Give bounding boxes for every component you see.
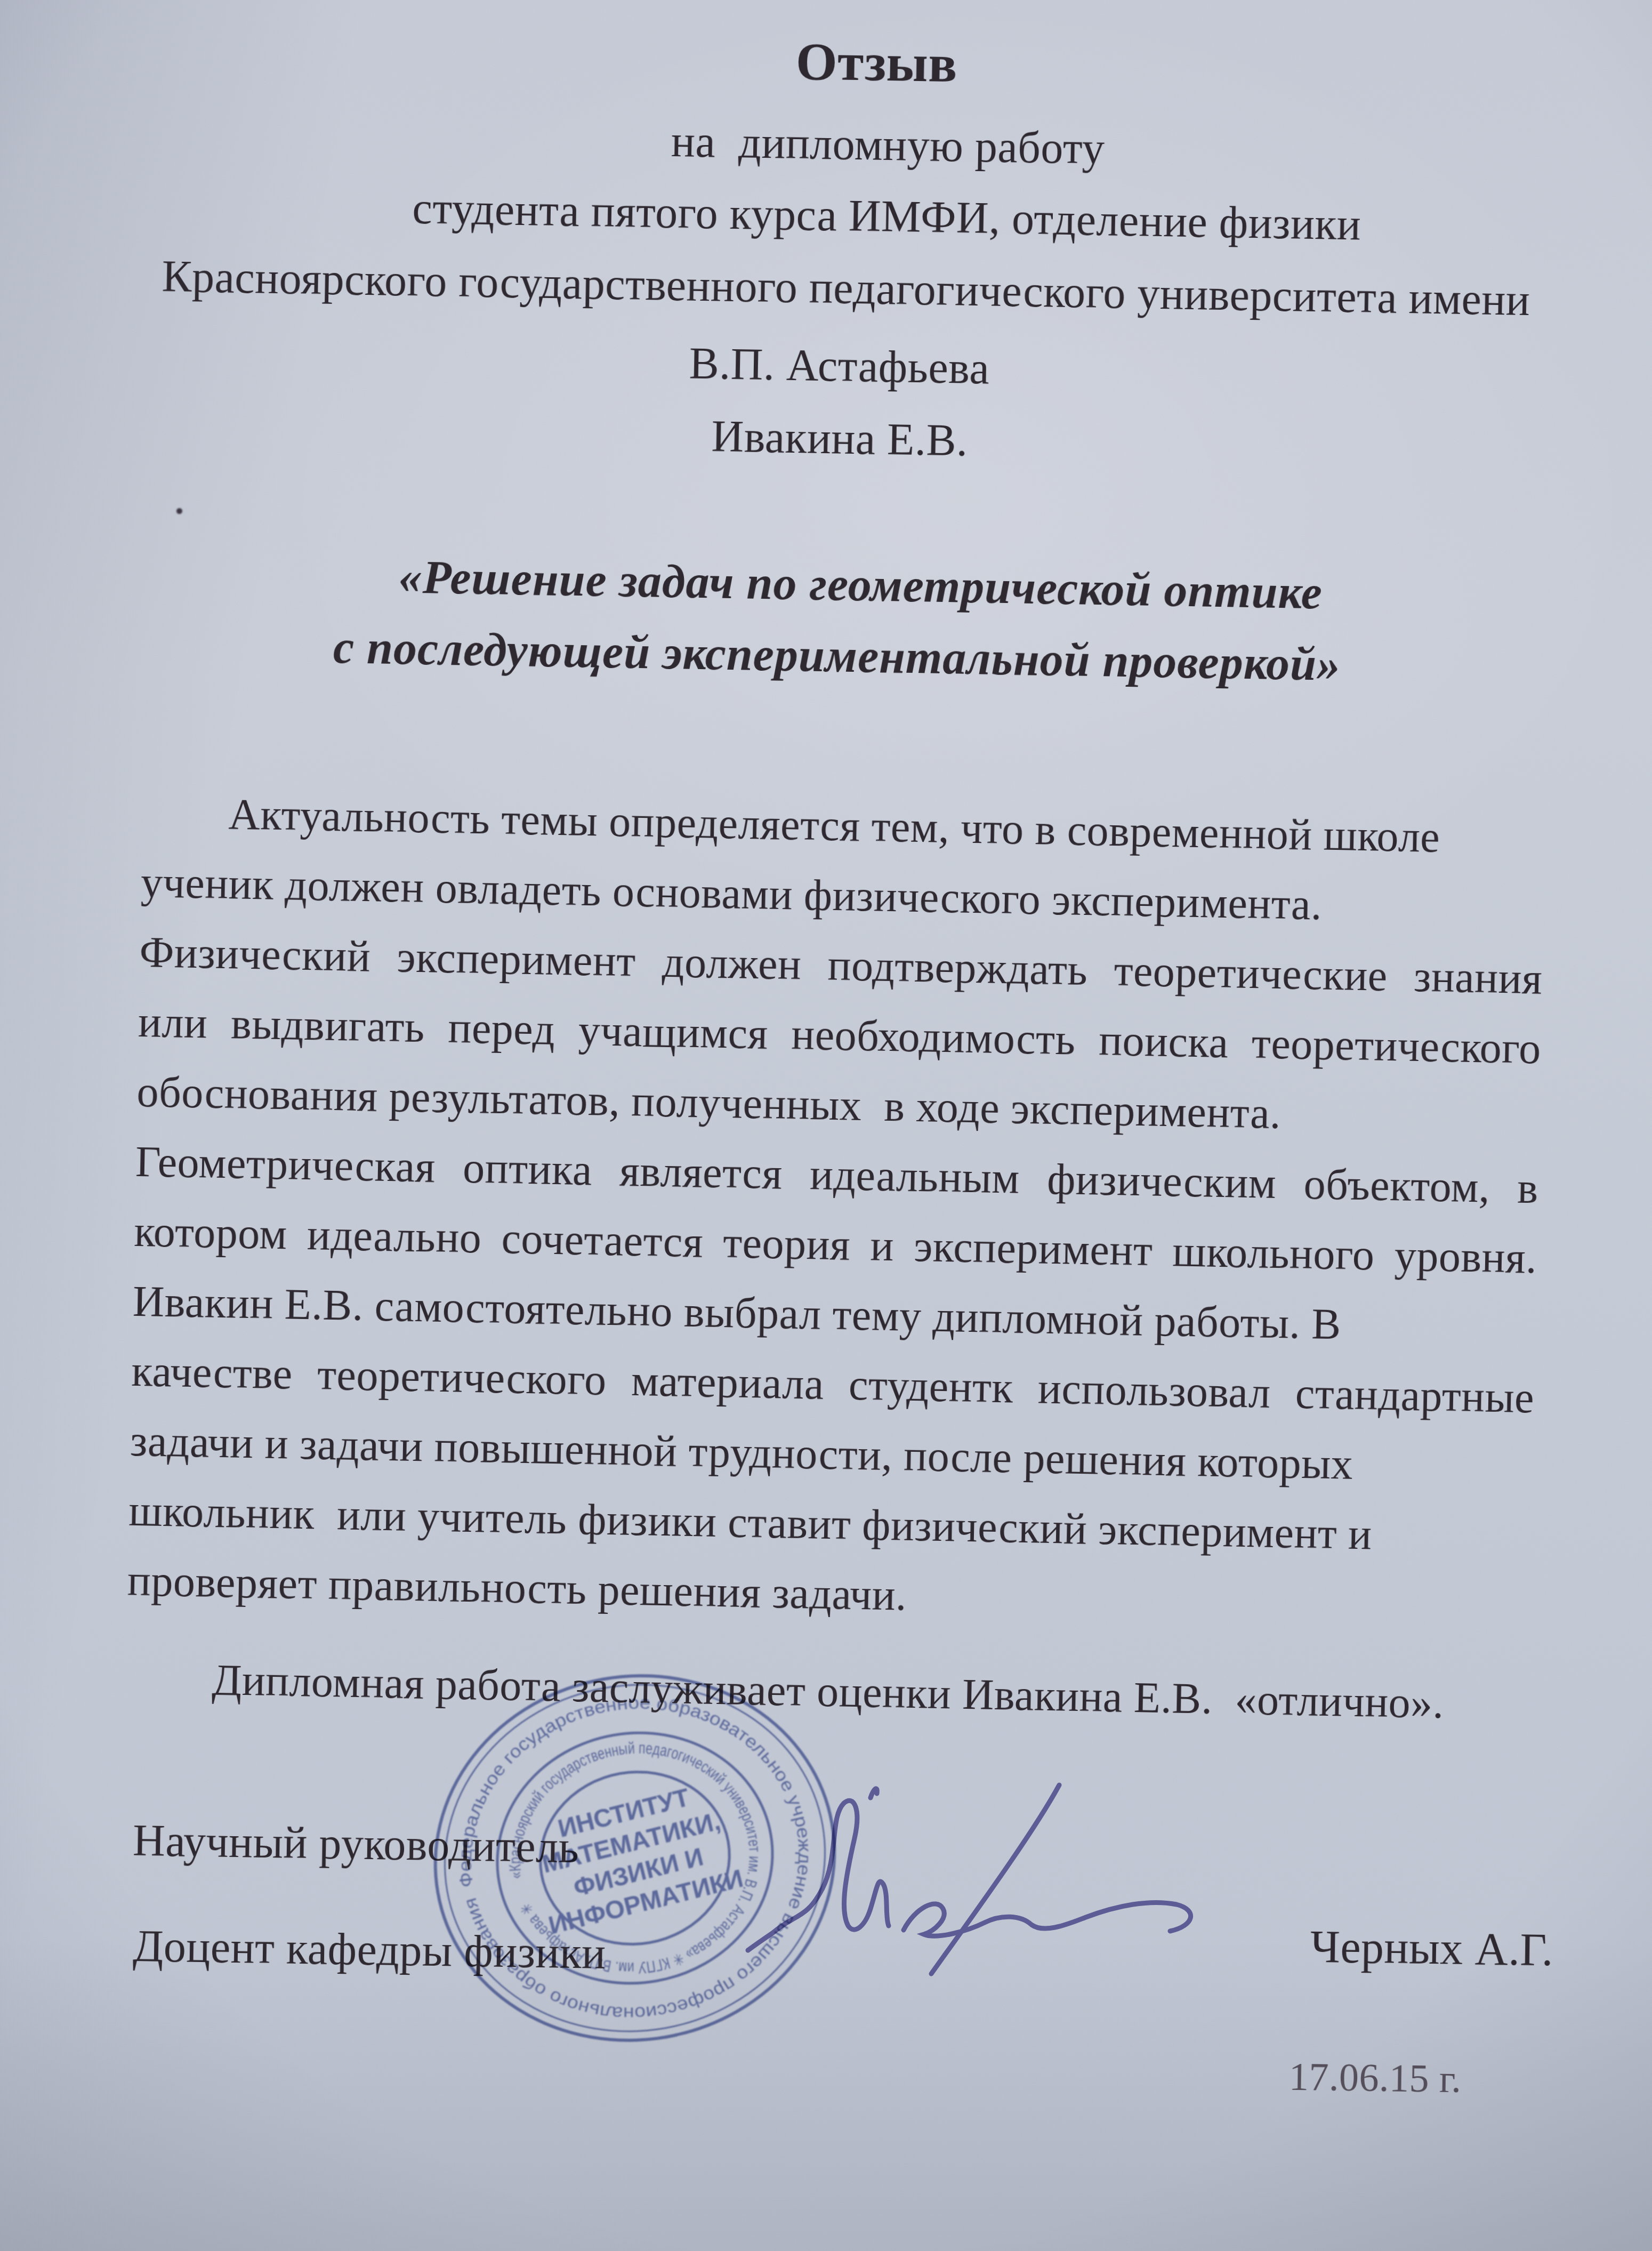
signature-stroke	[748, 1800, 889, 1950]
stamp-middle-ring-text: «Красноярский государственный педагогиче…	[487, 1719, 783, 1998]
ink-dot	[176, 508, 182, 514]
subtitle-line: студента пятого курса ИМФИ, отделение фи…	[60, 176, 1652, 257]
subtitle-line: В.П. Астафьева	[13, 326, 1652, 406]
thesis-title-line: «Решение задач по геометрической оптике	[34, 544, 1652, 626]
signature	[744, 1754, 1234, 1983]
reviewer-name: Черных А.Г.	[1310, 1920, 1553, 1976]
thesis-title-line: с последующей экспериментальной проверко…	[11, 615, 1652, 697]
document-title: Отзыв	[50, 18, 1652, 108]
signature-stroke	[931, 1785, 1059, 1974]
stamp-center-text: ИНСТИТУТ МАТЕМАТИКИ, ФИЗИКИ И ИНФОРМАТИК…	[523, 1775, 746, 1940]
review-body: Актуальность темы определяется тем, что …	[125, 777, 1545, 1740]
title-block: Отзыв на дипломную работу студента пятог…	[4, 0, 1652, 14]
signature-stroke	[871, 1789, 877, 1798]
review-date: 17.06.15 г.	[1288, 2055, 1462, 2103]
review-document-photo: Отзыв на дипломную работу студента пятог…	[0, 0, 1652, 2251]
svg-text:«Красноярский государственный: «Красноярский государственный педагогиче…	[487, 1719, 783, 1998]
subtitle-line: на дипломную работу	[62, 105, 1652, 186]
subtitle-line: Красноярского государственного педагогич…	[20, 248, 1652, 329]
signature-stroke	[904, 1902, 1191, 1936]
subtitle-line: Ивакина Е.В.	[13, 398, 1652, 479]
